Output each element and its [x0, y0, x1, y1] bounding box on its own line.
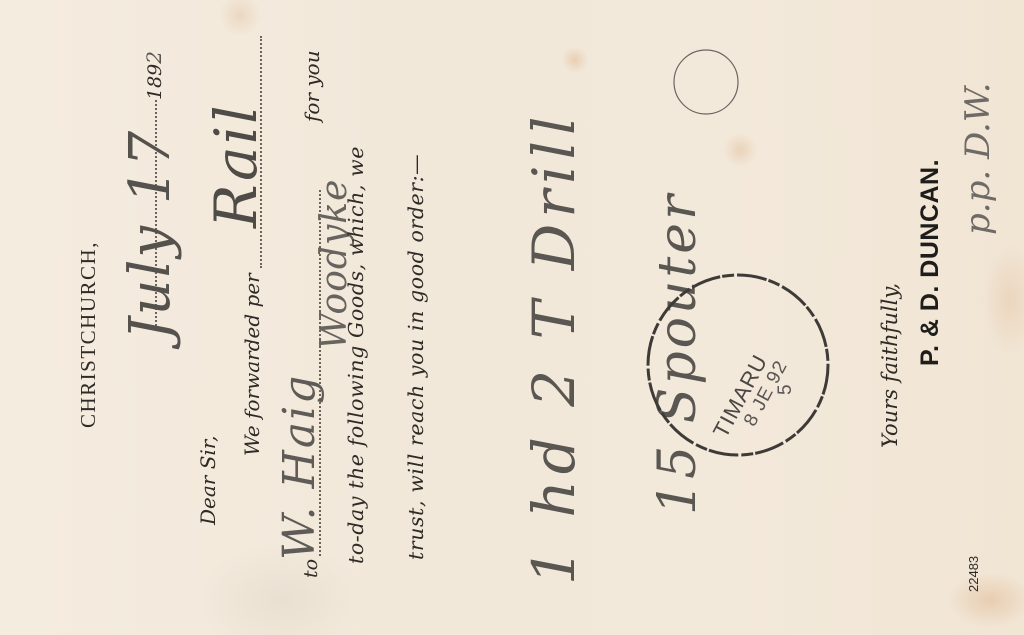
carrier-handwritten: Rail [202, 103, 270, 228]
city-heading: CHRISTCHURCH, [76, 241, 101, 428]
recipient-handwritten: W. Haig [274, 374, 325, 560]
small-circle-mark [674, 50, 738, 114]
body-line-1: We forwarded per [240, 273, 264, 456]
date-handwritten: July 17 [118, 129, 183, 340]
signature: p.p. D.W. [958, 82, 998, 235]
company-name: P. & D. DUNCAN. [916, 159, 945, 366]
valediction: Yours faithfully, [878, 283, 902, 448]
postcard: CHRISTCHURCH, July 17 1892 Dear Sir, We … [0, 0, 1024, 635]
postmark-number: 5 [775, 384, 797, 395]
body-line-4: trust, will reach you in good order:— [404, 154, 428, 560]
year-handwritten-digit: 2 [142, 51, 166, 64]
form-number: 22483 [966, 556, 981, 592]
goods-item-1: 1 hd 2 T Drill [520, 110, 588, 585]
goods-item-2: 15 Spouter [648, 192, 708, 515]
year-printed-digits: 189 [144, 64, 166, 100]
body-line-3: to-day the following Goods, which, we [344, 146, 368, 564]
body-for-you: for you [300, 50, 324, 122]
body-to-label: to [300, 559, 322, 578]
salutation: Dear Sir, [196, 435, 220, 525]
year-printed: 1892 [142, 51, 166, 100]
